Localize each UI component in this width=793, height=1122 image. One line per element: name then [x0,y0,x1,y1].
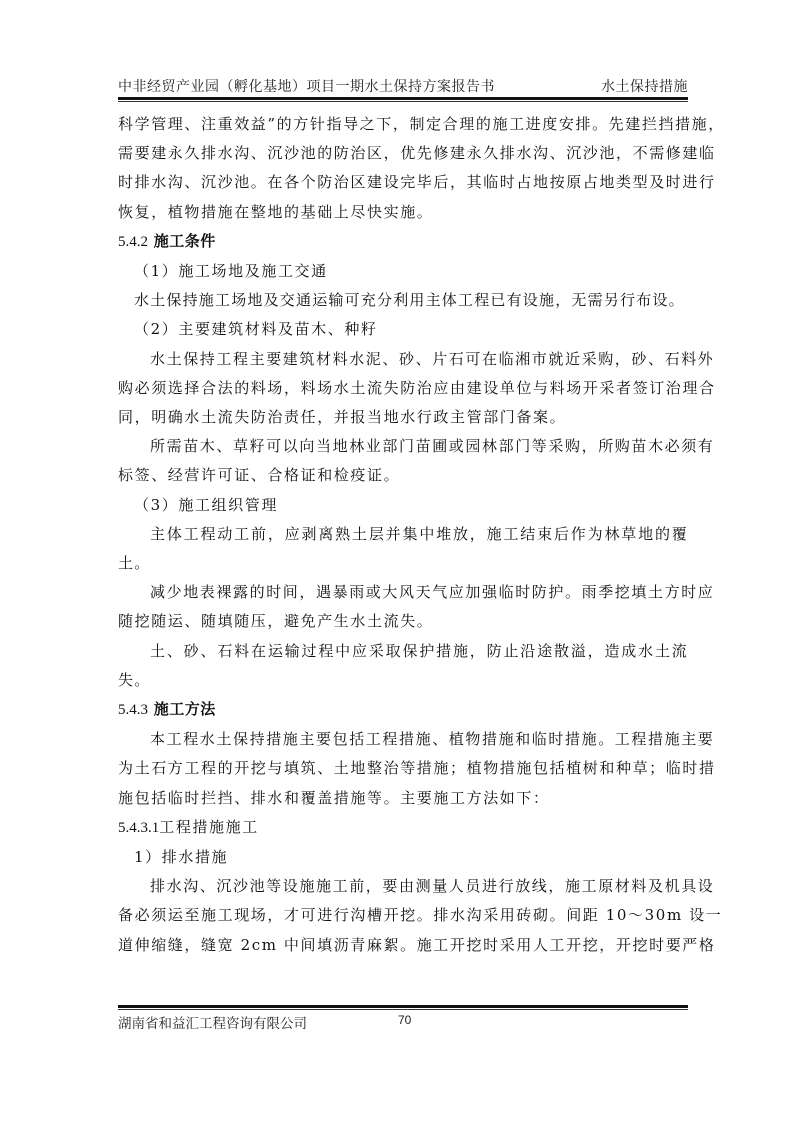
item-1-title: （1）施工场地及施工交通 [118,257,688,286]
item-2-paragraph-2: 所需苗木、草籽可以向当地林业部门苗圃或园林部门等采购，所购苗木必须有 标签、经营… [118,432,688,490]
footer-company: 湖南省和益汇工程咨询有限公司 [118,1012,307,1032]
report-title: 中非经贸产业园（孵化基地）项目一期水土保持方案报告书 [118,76,495,96]
page-header: 中非经贸产业园（孵化基地）项目一期水土保持方案报告书 水土保持措施 [118,76,688,96]
header-rule-thin [118,101,688,102]
sub-1-title: 1）排水措施 [118,843,688,872]
paragraph-intro: 科学管理、注重效益”的方针指导之下，制定合理的施工进度安排。先建拦挡措施， 需要… [118,110,688,227]
item-3-title: （3）施工组织管理 [118,491,688,520]
page-footer: 湖南省和益汇工程咨询有限公司 70 [118,1012,688,1032]
section-heading-5-4-3: 5.4.3 施工方法 [118,695,688,725]
item-2-title: （2）主要建筑材料及苗木、种籽 [118,315,688,344]
paragraph-5-4-3: 本工程水土保持措施主要包括工程措施、植物措施和临时措施。工程措施主要 为土石方工… [118,725,688,813]
item-2-paragraph-1: 水土保持工程主要建筑材料水泥、砂、片石可在临湘市就近采购，砂、石料外 购必须选择… [118,345,688,433]
page-body: 科学管理、注重效益”的方针指导之下，制定合理的施工进度安排。先建拦挡措施， 需要… [118,110,688,960]
page-number: 70 [398,1013,411,1027]
header-rule [118,97,688,100]
footer-rule [118,1005,688,1008]
footer-rule-thin [118,1009,688,1010]
section-heading-5-4-2: 5.4.2 施工条件 [118,227,688,257]
chapter-title: 水土保持措施 [601,76,688,96]
section-heading-5-4-3-1: 5.4.3.1工程措施施工 [118,813,688,843]
item-1-text: 水土保持施工场地及交通运输可充分利用主体工程已有设施，无需另行布设。 [118,286,688,315]
item-3-paragraph-2: 减少地表裸露的时间，遇暴雨或大风天气应加强临时防护。雨季挖填土方时应 随挖随运、… [118,578,688,636]
item-3-paragraph-3: 土、砂、石料在运输过程中应采取保护措施，防止沿途散溢，造成水土流失。 [118,637,688,695]
sub-1-paragraph: 排水沟、沉沙池等设施施工前，要由测量人员进行放线，施工原材料及机具设 备必须运至… [118,872,688,960]
item-3-paragraph-1: 主体工程动工前，应剥离熟土层并集中堆放，施工结束后作为林草地的覆土。 [118,520,688,578]
